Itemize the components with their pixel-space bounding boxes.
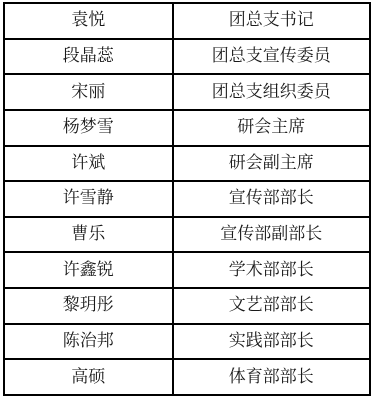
position-title-cell: 宣传部部长	[173, 181, 370, 217]
table-row: 宋丽 团总支组织委员	[4, 74, 370, 110]
table-row: 许雪静 宣传部部长	[4, 181, 370, 217]
table-row: 曹乐 宣传部副部长	[4, 217, 370, 253]
table-row: 段晶蕊 团总支宣传委员	[4, 39, 370, 75]
person-name-cell: 杨梦雪	[4, 110, 173, 146]
table-row: 黎玥彤 文艺部部长	[4, 288, 370, 324]
person-name-cell: 许斌	[4, 146, 173, 182]
table-row: 袁悦 团总支书记	[4, 3, 370, 39]
person-name-cell: 曹乐	[4, 217, 173, 253]
position-title-cell: 文艺部部长	[173, 288, 370, 324]
staff-roster-table: 袁悦 团总支书记 段晶蕊 团总支宣传委员 宋丽 团总支组织委员 杨梦雪 研会主席…	[3, 2, 371, 396]
table-row: 许鑫锐 学术部部长	[4, 252, 370, 288]
position-title-cell: 团总支组织委员	[173, 74, 370, 110]
table-row: 杨梦雪 研会主席	[4, 110, 370, 146]
position-title-cell: 学术部部长	[173, 252, 370, 288]
position-title-cell: 团总支宣传委员	[173, 39, 370, 75]
table-row: 陈治邦 实践部部长	[4, 324, 370, 360]
person-name-cell: 黎玥彤	[4, 288, 173, 324]
person-name-cell: 许雪静	[4, 181, 173, 217]
position-title-cell: 研会主席	[173, 110, 370, 146]
person-name-cell: 陈治邦	[4, 324, 173, 360]
table-row: 许斌 研会副主席	[4, 146, 370, 182]
position-title-cell: 体育部部长	[173, 359, 370, 395]
person-name-cell: 许鑫锐	[4, 252, 173, 288]
person-name-cell: 高硕	[4, 359, 173, 395]
person-name-cell: 袁悦	[4, 3, 173, 39]
position-title-cell: 宣传部副部长	[173, 217, 370, 253]
position-title-cell: 团总支书记	[173, 3, 370, 39]
person-name-cell: 宋丽	[4, 74, 173, 110]
staff-roster-body: 袁悦 团总支书记 段晶蕊 团总支宣传委员 宋丽 团总支组织委员 杨梦雪 研会主席…	[4, 3, 370, 395]
position-title-cell: 实践部部长	[173, 324, 370, 360]
position-title-cell: 研会副主席	[173, 146, 370, 182]
person-name-cell: 段晶蕊	[4, 39, 173, 75]
table-row: 高硕 体育部部长	[4, 359, 370, 395]
